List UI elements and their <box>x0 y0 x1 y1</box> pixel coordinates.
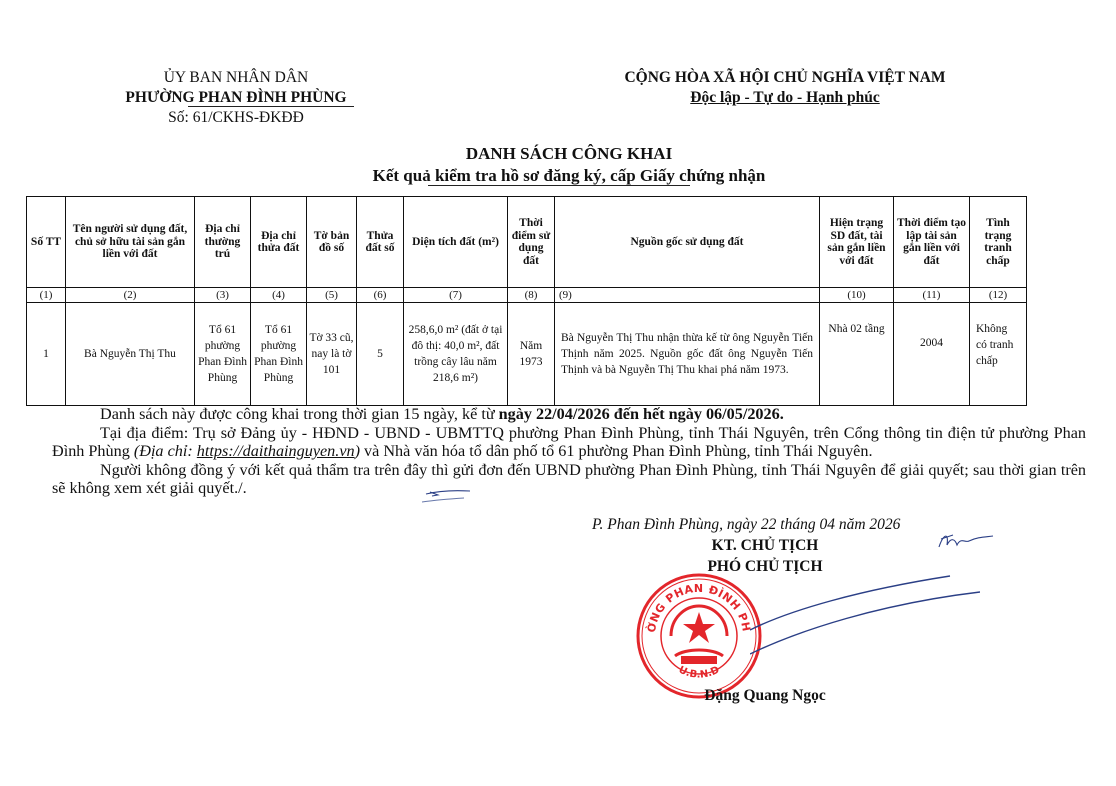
table-header-row: Số TT Tên người sử dụng đất, chủ sở hữu … <box>27 197 1027 288</box>
official-seal-icon: PHƯỜNG PHAN ĐÌNH PHÙNG U.B.N.D <box>635 572 763 700</box>
col-number: (2) <box>66 288 195 303</box>
cell-parcel-no: 5 <box>357 303 404 406</box>
cell-parcel-address: Tổ 61 phường Phan Đình Phùng <box>251 303 307 406</box>
col-number: (7) <box>404 288 508 303</box>
notice-location-tail: và Nhà văn hóa tổ dân phố tổ 61 phường P… <box>360 442 873 460</box>
col-number: (3) <box>195 288 251 303</box>
cell-map-sheet: Tờ 33 cũ, nay là tờ 101 <box>307 303 357 406</box>
signer-title-1: KT. CHỦ TỊCH <box>650 535 880 556</box>
motto: Độc lập - Tự do - Hạnh phúc <box>560 88 1010 108</box>
col-number: (12) <box>970 288 1027 303</box>
authority-line-2: PHƯỜNG PHAN ĐÌNH PHÙNG <box>84 88 388 108</box>
col-header-status: Hiện trạng SD đất, tài sản gắn liền với … <box>820 197 894 288</box>
cell-status: Nhà 02 tầng <box>820 303 894 406</box>
initials-mark-icon <box>412 486 482 510</box>
col-header-stt: Số TT <box>27 197 66 288</box>
place-and-date: P. Phan Đình Phùng, ngày 22 tháng 04 năm… <box>592 516 900 534</box>
initials-signature-icon <box>935 525 995 555</box>
notice-body: Danh sách này được công khai trong thời … <box>52 405 1086 498</box>
subtitle-underline <box>428 185 690 186</box>
col-header-parcel-no: Thửa đất số <box>357 197 404 288</box>
disclosure-table: Số TT Tên người sử dụng đất, chủ sở hữu … <box>26 196 1027 406</box>
col-number: (10) <box>820 288 894 303</box>
address-label: (Địa chỉ: <box>134 442 197 460</box>
svg-text:U.B.N.D: U.B.N.D <box>677 665 722 681</box>
cell-area: 258,6,0 m² (đất ở tại đô thị: 40,0 m², đ… <box>404 303 508 406</box>
document-subtitle: Kết quả kiểm tra hồ sơ đăng ký, cấp Giấy… <box>0 165 1116 187</box>
cell-asset-created: 2004 <box>894 303 970 406</box>
objection-paragraph: Người không đồng ý với kết quả thẩm tra … <box>52 461 1086 498</box>
document-title-block: DANH SÁCH CÔNG KHAI Kết quả kiểm tra hồ … <box>0 143 1116 187</box>
notice-period-dates: ngày 22/04/2026 đến hết ngày 06/05/2026. <box>499 405 784 423</box>
cell-owner: Bà Nguyễn Thị Thu <box>66 303 195 406</box>
column-number-row: (1) (2) (3) (4) (5) (6) (7) (8) (9) (10)… <box>27 288 1027 303</box>
cell-stt: 1 <box>27 303 66 406</box>
col-header-use-since: Thời điểm sử dụng đất <box>508 197 555 288</box>
document-title: DANH SÁCH CÔNG KHAI <box>0 143 1116 165</box>
country-name: CỘNG HÒA XÃ HỘI CHỦ NGHĨA VIỆT NAM <box>560 68 1010 88</box>
col-number: (5) <box>307 288 357 303</box>
notice-period-paragraph: Danh sách này được công khai trong thời … <box>52 405 1086 424</box>
authority-underline <box>188 106 354 107</box>
col-number: (6) <box>357 288 404 303</box>
cell-origin: Bà Nguyễn Thị Thu nhận thừa kế từ ông Ng… <box>555 303 820 406</box>
col-header-dispute: Tình trạng tranh chấp <box>970 197 1027 288</box>
col-header-origin: Nguồn gốc sử dụng đất <box>555 197 820 288</box>
col-number: (11) <box>894 288 970 303</box>
cell-dispute: Không có tranh chấp <box>970 303 1027 406</box>
col-header-area: Diện tích đất (m²) <box>404 197 508 288</box>
col-header-owner: Tên người sử dụng đất, chủ sở hữu tài sả… <box>66 197 195 288</box>
authority-line-1: ỦY BAN NHÂN DÂN <box>84 68 388 88</box>
notice-location-paragraph: Tại địa điểm: Trụ sở Đảng ủy - HĐND - UB… <box>52 424 1086 461</box>
col-header-map-sheet: Tờ bản đồ số <box>307 197 357 288</box>
cell-use-since: Năm 1973 <box>508 303 555 406</box>
national-motto: CỘNG HÒA XÃ HỘI CHỦ NGHĨA VIỆT NAM Độc l… <box>560 68 1010 108</box>
col-number: (9) <box>555 288 820 303</box>
notice-period-text: Danh sách này được công khai trong thời … <box>100 405 499 423</box>
handwritten-signature-icon <box>750 570 980 670</box>
col-header-parcel-address: Địa chỉ thửa đất <box>251 197 307 288</box>
col-header-residence: Địa chỉ thường trú <box>195 197 251 288</box>
col-number: (8) <box>508 288 555 303</box>
table-row: 1 Bà Nguyễn Thị Thu Tổ 61 phường Phan Đì… <box>27 303 1027 406</box>
col-number: (1) <box>27 288 66 303</box>
col-number: (4) <box>251 288 307 303</box>
col-header-asset-created: Thời điểm tạo lập tài sản gắn liền với đ… <box>894 197 970 288</box>
portal-link[interactable]: https://daithainguyen.vn <box>197 442 355 460</box>
signer-name: Đặng Quang Ngọc <box>680 687 850 705</box>
document-number: Số: 61/CKHS-ĐKĐĐ <box>84 108 388 128</box>
issuing-authority: ỦY BAN NHÂN DÂN PHƯỜNG PHAN ĐÌNH PHÙNG S… <box>84 68 388 128</box>
cell-residence: Tổ 61 phường Phan Đình Phùng <box>195 303 251 406</box>
